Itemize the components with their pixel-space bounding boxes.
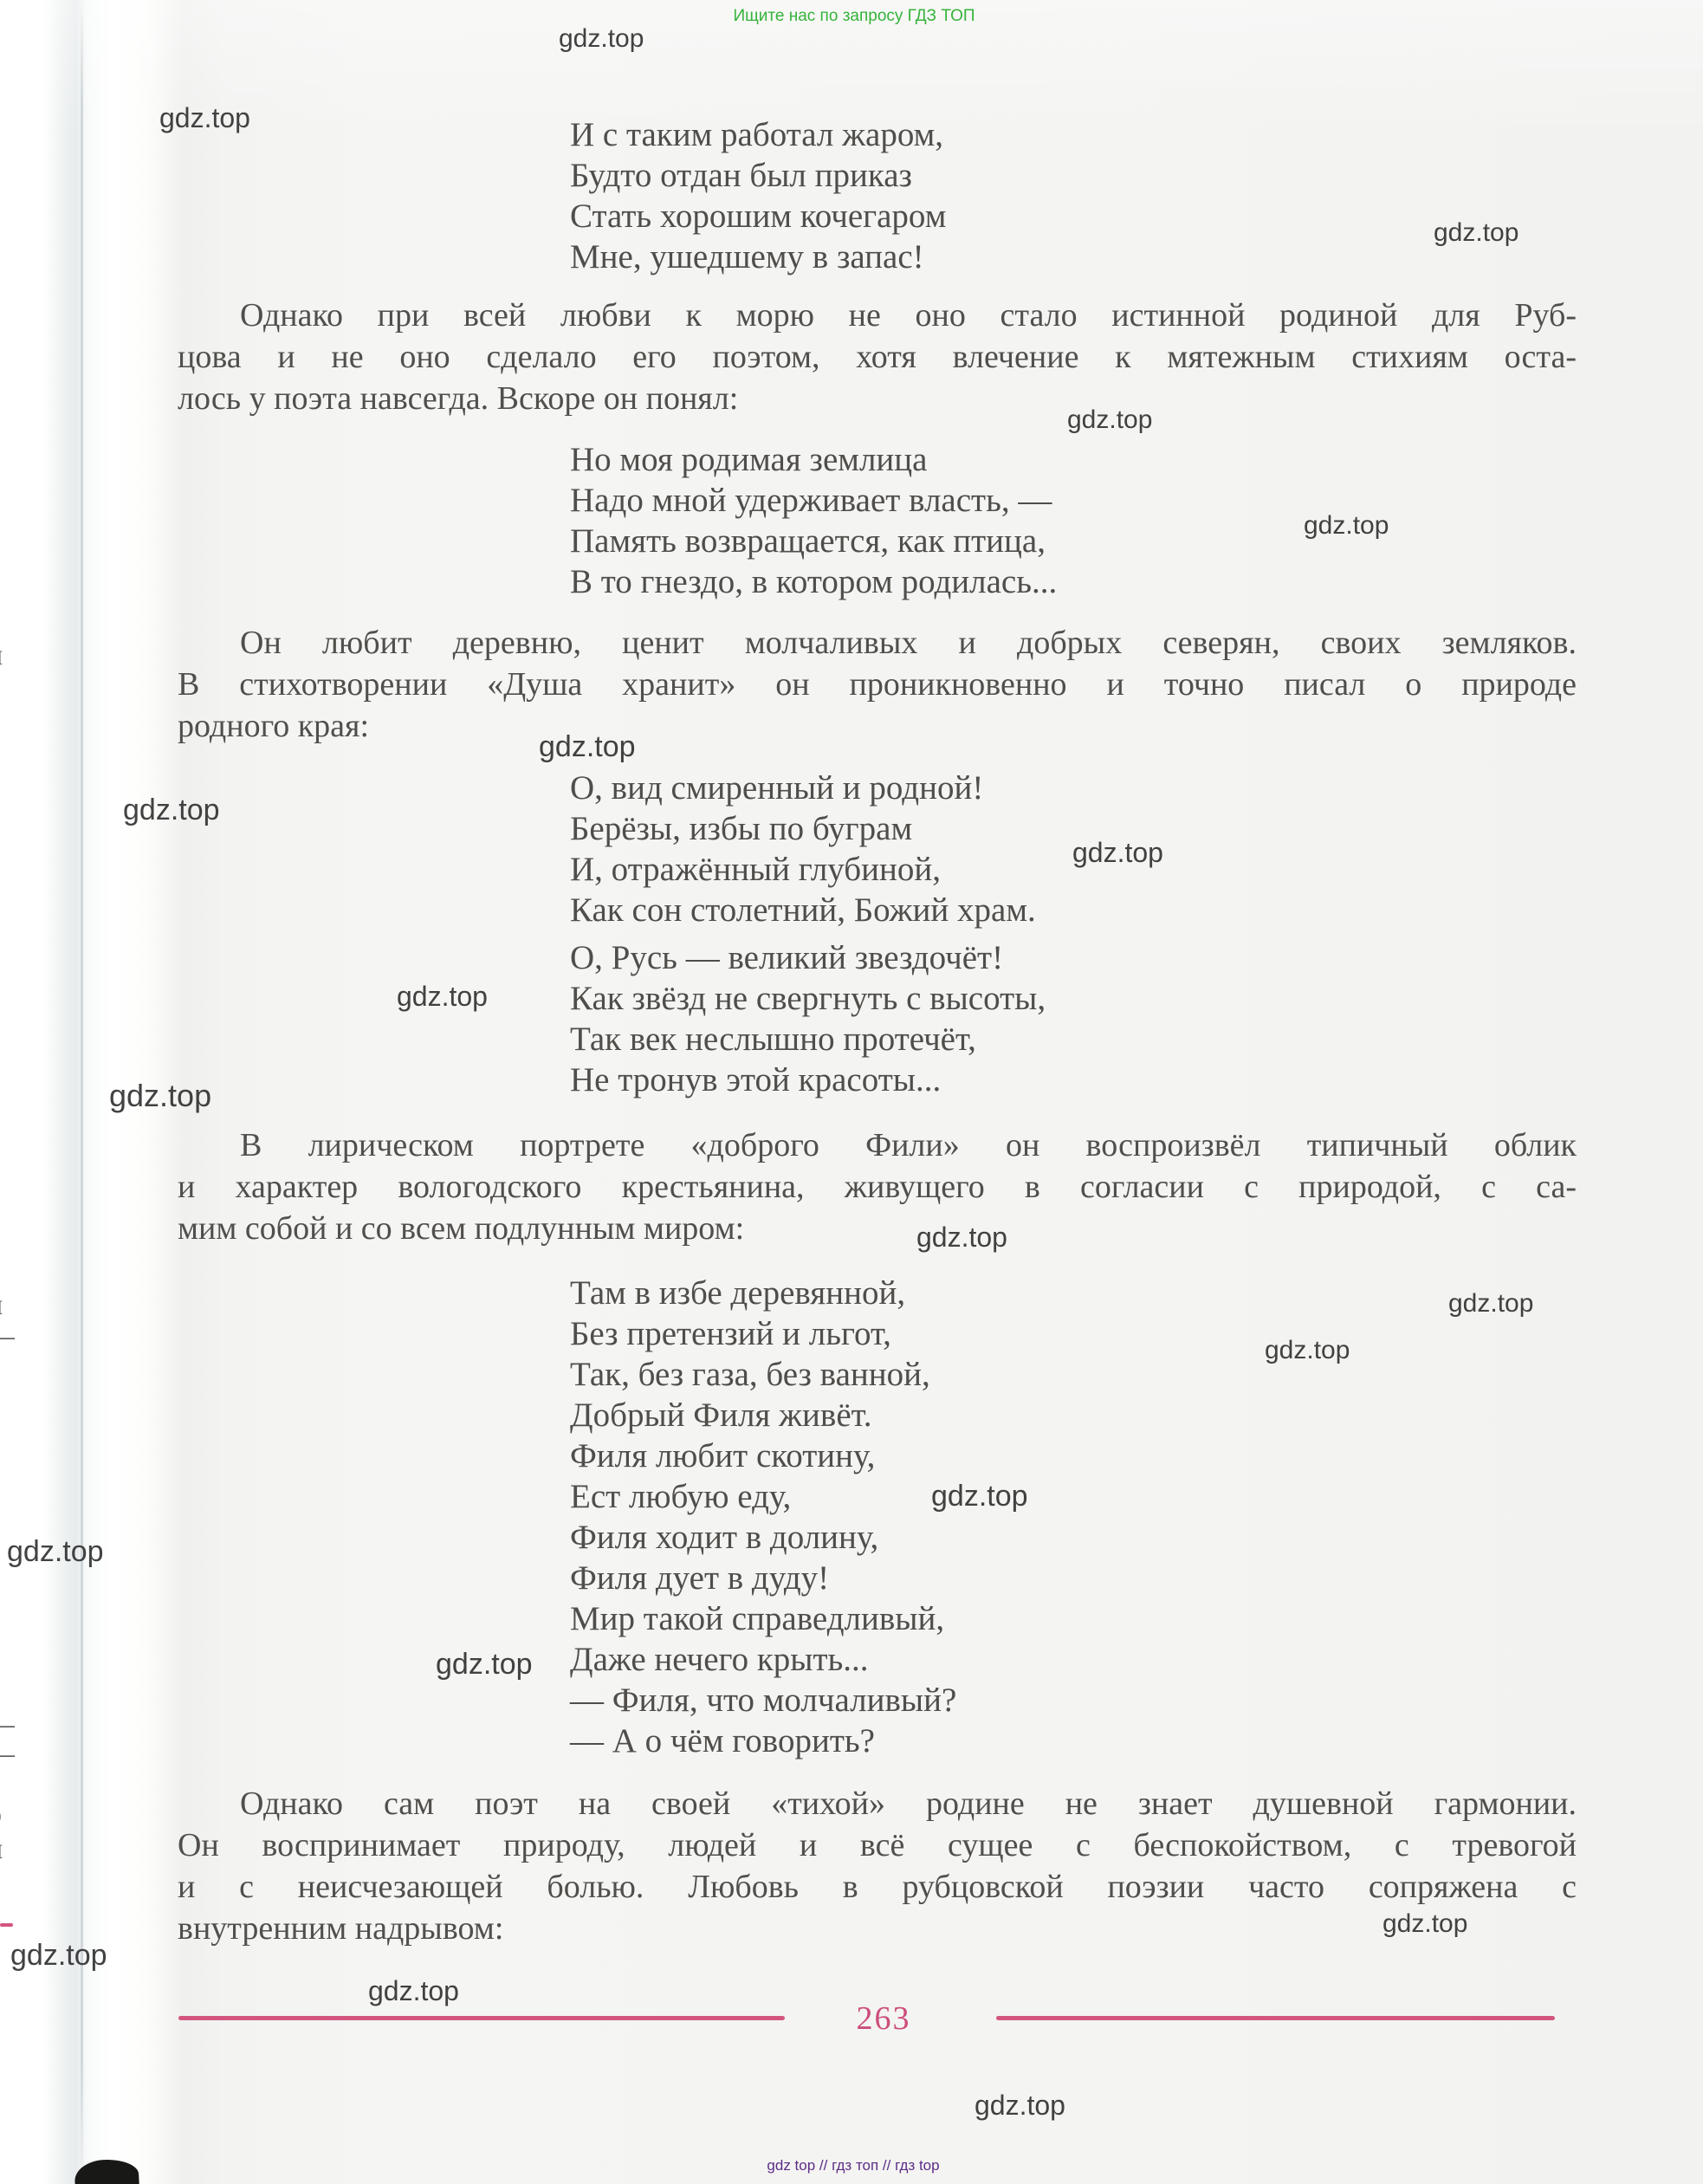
header-note: Ищите нас по запросу ГДЗ ТОП <box>606 7 1102 26</box>
gdz-watermark: gdz.top <box>368 1975 459 2007</box>
gdz-watermark: gdz.top <box>1448 1289 1533 1319</box>
gdz-watermark: gdz.top <box>1067 405 1152 435</box>
gdz-watermark: gdz.top <box>916 1222 1007 1254</box>
gdz-watermark: gdz.top <box>109 1078 211 1114</box>
gdz-watermark: gdz.top <box>931 1480 1028 1513</box>
corner-shadow <box>74 2158 139 2184</box>
poem-stanza-3: О, вид смиренный и родной! Берёзы, избы … <box>570 768 1036 930</box>
paragraph-1: Однако при всей любви к морю не оно стал… <box>178 295 1577 419</box>
gdz-watermark: gdz.top <box>1434 218 1518 248</box>
edge-fragment: н <box>0 1833 15 1866</box>
gdz-watermark: gdz.top <box>123 794 220 827</box>
gdz-watermark: gdz.top <box>7 1535 104 1569</box>
footer-rule-right <box>996 2016 1555 2020</box>
paragraph-line: внутренним надрывом: <box>178 1908 1577 1949</box>
paragraph-line: Однако при всей любви к морю не оно стал… <box>178 295 1577 336</box>
gdz-watermark: gdz.top <box>1265 1336 1350 1365</box>
paragraph-line: В стихотворении «Душа хранит» он проникн… <box>178 664 1577 705</box>
poem-stanza-5: Там в избе деревянной, Без претензий и л… <box>570 1273 956 1761</box>
edge-fragment: — <box>0 1320 15 1353</box>
paragraph-line: и характер вологодского крестьянина, жив… <box>178 1166 1577 1208</box>
page-gutter-shadow <box>81 0 83 2184</box>
paragraph-2: Он любит деревню, ценит молчаливых и доб… <box>178 622 1577 747</box>
paragraph-line: родного края: <box>178 705 1577 747</box>
poem-stanza-1: И с таким работал жаром, Будто отдан был… <box>570 114 946 277</box>
paragraph-4: Однако сам поэт на своей «тихой» родине … <box>178 1783 1577 1949</box>
edge-fragment: — <box>0 1708 15 1741</box>
poem-stanza-2: Но моя родимая землица Надо мной удержив… <box>570 439 1057 602</box>
gdz-watermark: gdz.top <box>559 24 644 54</box>
edge-fragment: а <box>0 1669 15 1701</box>
gdz-watermark: gdz.top <box>10 1939 107 1973</box>
edge-fragment: н <box>0 1289 15 1322</box>
gdz-watermark: gdz.top <box>397 981 488 1013</box>
paragraph-line: В лирическом портрете «доброго Фили» он … <box>178 1124 1577 1166</box>
edge-fragment: І <box>0 1079 15 1111</box>
paragraph-line: Он любит деревню, ценит молчаливых и доб… <box>178 622 1577 664</box>
paragraph-line: и с неисчезающей болью. Любовь в рубцовс… <box>178 1866 1577 1908</box>
paragraph-line: мим собой и со всем подлунным миром: <box>178 1208 1577 1249</box>
paragraph-line: цова и не оно сделало его поэтом, хотя в… <box>178 336 1577 378</box>
footer-note: gdz top // гдз топ // гдз top <box>637 2157 1070 2174</box>
paragraph-line: Он воспринимает природу, людей и всё сущ… <box>178 1824 1577 1866</box>
paragraph-3: В лирическом портрете «доброго Фили» он … <box>178 1124 1577 1249</box>
gdz-watermark: gdz.top <box>159 102 250 134</box>
gdz-watermark: gdz.top <box>975 2090 1065 2122</box>
edge-fragment: — <box>0 1738 15 1771</box>
gdz-watermark: gdz.top <box>1072 837 1163 869</box>
paragraph-line: лось у поэта навсегда. Вскоре он понял: <box>178 378 1577 419</box>
page-number: 263 <box>810 1999 957 2038</box>
edge-pink-dash <box>0 1923 13 1927</box>
gdz-watermark: gdz.top <box>539 730 636 764</box>
poem-stanza-4: О, Русь — великий звездочёт! Как звёзд н… <box>570 937 1046 1100</box>
book-page-scan: Ищите нас по запросу ГДЗ ТОП И с таким р… <box>0 0 1703 2184</box>
edge-fragment: о <box>0 1798 15 1831</box>
footer-rule-left <box>178 2016 785 2020</box>
gdz-watermark: gdz.top <box>1382 1909 1467 1939</box>
gdz-watermark: gdz.top <box>436 1648 533 1682</box>
edge-fragment: й <box>0 639 15 672</box>
paragraph-line: Однако сам поэт на своей «тихой» родине … <box>178 1783 1577 1824</box>
gdz-watermark: gdz.top <box>1304 511 1389 541</box>
